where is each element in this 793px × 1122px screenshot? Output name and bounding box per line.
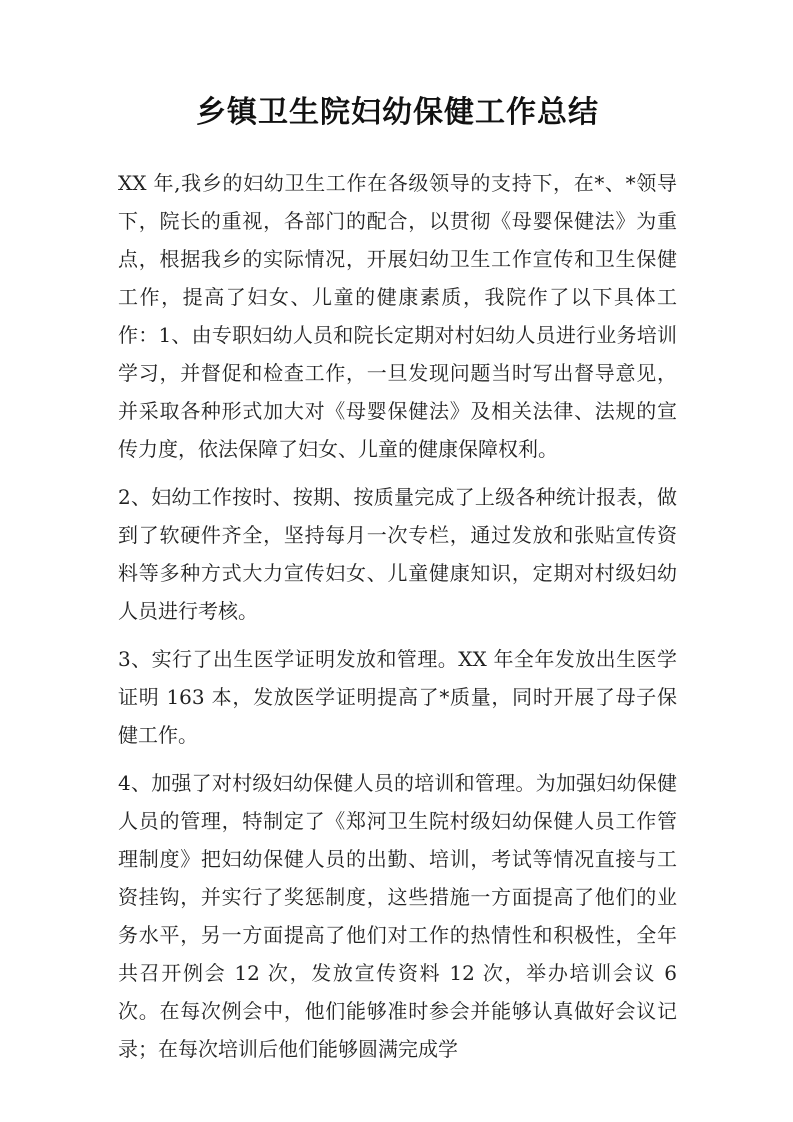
paragraph: XX 年,我乡的妇幼卫生工作在各级领导的支持下，在*、*领导下，院长的重视，各部…	[118, 164, 677, 468]
paragraph: 4、加强了对村级妇幼保健人员的培训和管理。为加强妇幼保健人员的管理，特制定了《郑…	[118, 764, 677, 1068]
paragraph: 2、妇幼工作按时、按期、按质量完成了上级各种统计报表，做到了软硬件齐全，坚持每月…	[118, 478, 677, 630]
document-body: XX 年,我乡的妇幼卫生工作在各级领导的支持下，在*、*领导下，院长的重视，各部…	[118, 164, 677, 1068]
document-title: 乡镇卫生院妇幼保健工作总结	[118, 92, 677, 134]
document-page: 乡镇卫生院妇幼保健工作总结 XX 年,我乡的妇幼卫生工作在各级领导的支持下，在*…	[0, 0, 793, 1122]
paragraph: 3、实行了出生医学证明发放和管理。XX 年全年发放出生医学证明 163 本，发放…	[118, 640, 677, 754]
